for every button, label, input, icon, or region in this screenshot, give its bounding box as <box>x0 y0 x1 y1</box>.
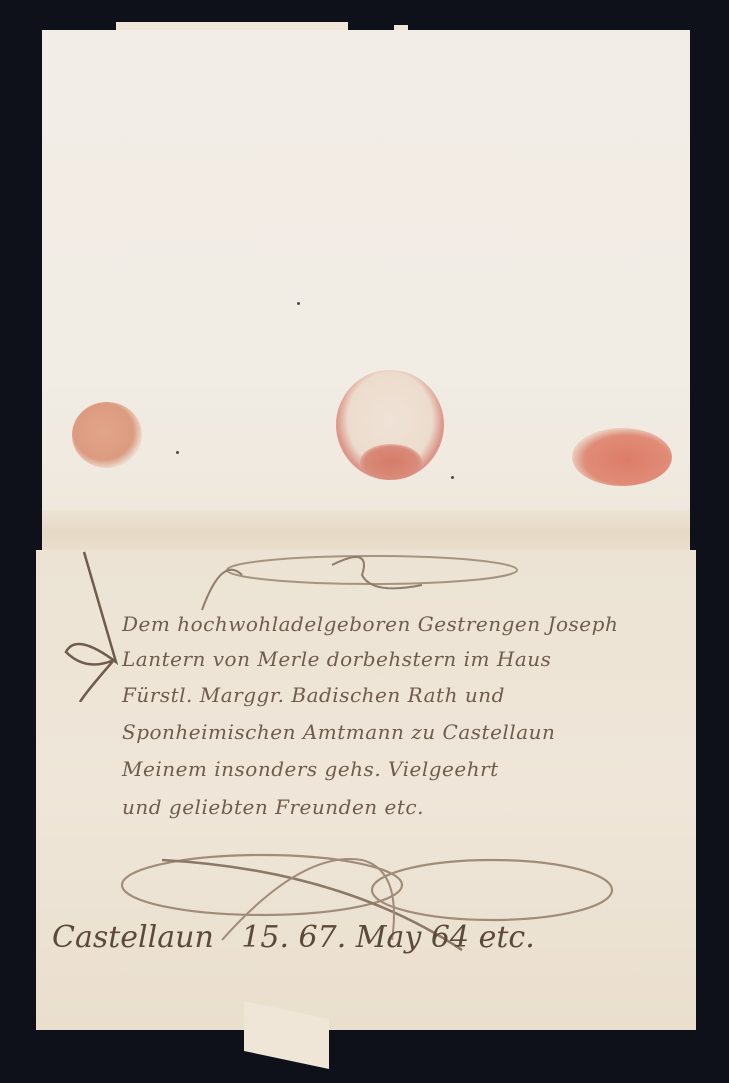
address-line-4: Sponheimischen Amtmann zu Castellaun <box>122 720 555 744</box>
wax-seal-center-residue <box>360 444 422 480</box>
letter-sheet: Dem hochwohladelgeboren Gestrengen Josep… <box>42 30 690 1030</box>
ink-speck <box>297 302 300 305</box>
ink-speck <box>451 476 454 479</box>
address-line-5: Meinem insonders gehs. Vielgeehrt <box>122 757 499 781</box>
wax-seal-right <box>572 428 672 486</box>
ink-speck <box>176 451 179 454</box>
address-line-1: Dem hochwohladelgeboren Gestrengen Josep… <box>122 612 618 636</box>
address-line-3: Fürstl. Marggr. Badischen Rath und <box>122 683 505 707</box>
address-line-2: Lantern von Merle dorbehstern im Haus <box>122 647 551 671</box>
address-line-6: und geliebten Freunden etc. <box>122 795 424 819</box>
place-name: Castellaun <box>52 920 214 955</box>
date-written: 15. 67. May 64 etc. <box>241 920 534 955</box>
top-flourish <box>42 535 690 615</box>
wax-seal-left <box>72 402 142 468</box>
place-and-date: Castellaun 15. 67. May 64 etc. <box>52 920 535 955</box>
